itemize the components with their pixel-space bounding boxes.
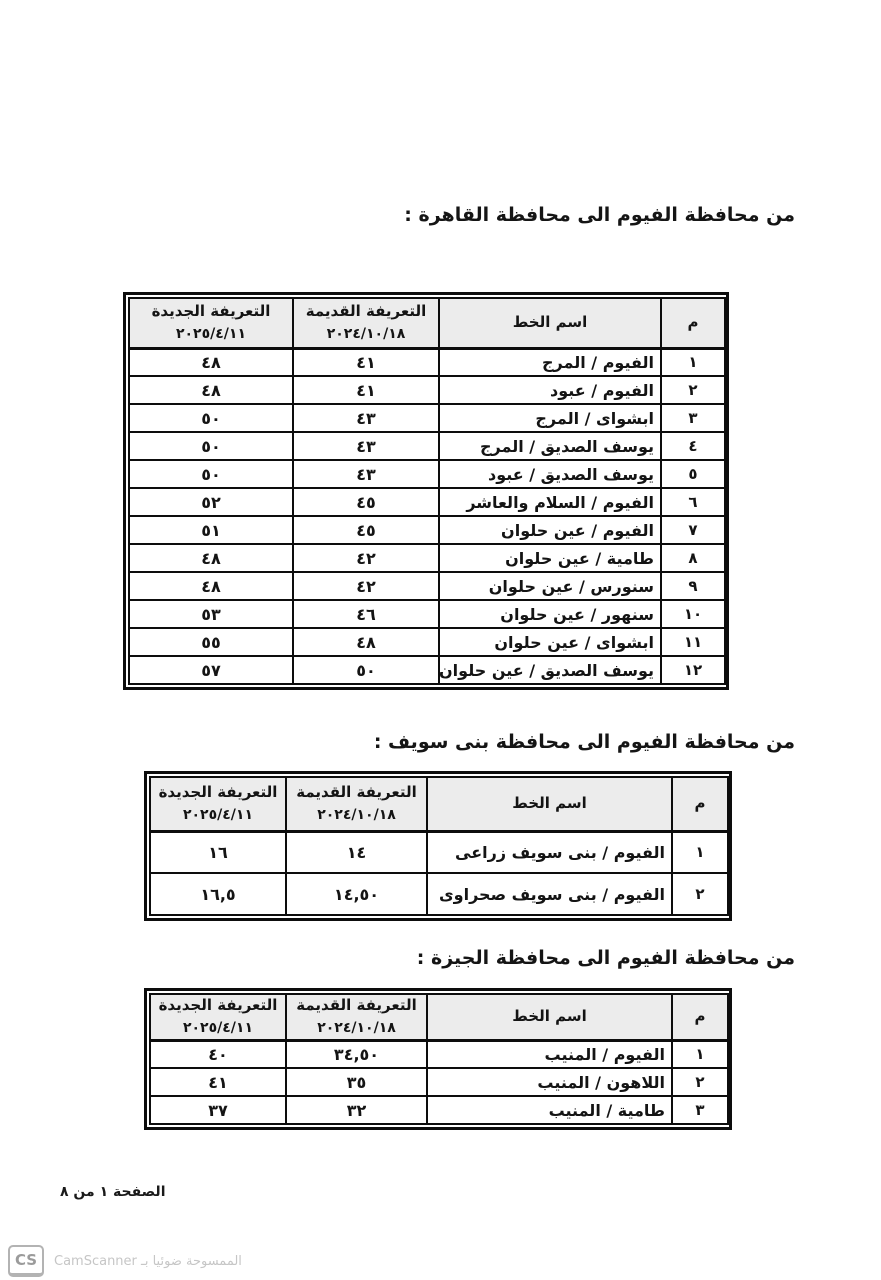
header-row: م اسم الخط التعريفة القديمة٢٠٢٤/١٠/١٨ ال… [129, 298, 725, 348]
cell-old: ٤١ [293, 348, 439, 376]
table-header: م اسم الخط التعريفة القديمة٢٠٢٤/١٠/١٨ ال… [150, 994, 728, 1040]
table-body: ١الفيوم / المنيب٣٤,٥٠٤٠٢اللاهون / المنيب… [150, 1040, 728, 1124]
cell-old: ٤٣ [293, 460, 439, 488]
cell-num: ١١ [661, 628, 725, 656]
cell-line: يوسف الصديق / عين حلوان [439, 656, 661, 684]
cell-line: الفيوم / عين حلوان [439, 516, 661, 544]
camscanner-watermark-label: الممسوحة ضوئيا بـ CamScanner [54, 1254, 242, 1269]
cell-new: ٥٠ [129, 404, 293, 432]
cell-new: ٤٠ [150, 1040, 286, 1068]
cell-num: ٢ [672, 1068, 728, 1096]
col-header-new-tariff: التعريفة الجديدة٢٠٢٥/٤/١١ [129, 298, 293, 348]
cell-new: ١٦ [150, 831, 286, 873]
cell-old: ٤٨ [293, 628, 439, 656]
old-tariff-label: التعريفة القديمة [296, 783, 416, 801]
table-row: ٥يوسف الصديق / عبود٤٣٥٠ [129, 460, 725, 488]
cell-new: ٤١ [150, 1068, 286, 1096]
tariff-table-giza: م اسم الخط التعريفة القديمة٢٠٢٤/١٠/١٨ ال… [149, 993, 729, 1125]
cell-old: ٤٦ [293, 600, 439, 628]
table-row: ١الفيوم / المرج٤١٤٨ [129, 348, 725, 376]
col-header-num: م [672, 994, 728, 1040]
table-row: ٢الفيوم / عبود٤١٤٨ [129, 376, 725, 404]
new-tariff-label: التعريفة الجديدة [152, 302, 271, 320]
tariff-table-giza-wrapper: م اسم الخط التعريفة القديمة٢٠٢٤/١٠/١٨ ال… [144, 988, 732, 1130]
table-body: ١الفيوم / المرج٤١٤٨٢الفيوم / عبود٤١٤٨٣اب… [129, 348, 725, 684]
cell-old: ٤١ [293, 376, 439, 404]
table-row: ٣طامية / المنيب٣٢٣٧ [150, 1096, 728, 1124]
new-tariff-date: ٢٠٢٥/٤/١١ [183, 807, 253, 823]
table-row: ١الفيوم / المنيب٣٤,٥٠٤٠ [150, 1040, 728, 1068]
section-title-fayoum-cairo: من محافظة الفيوم الى محافظة القاهرة : [404, 204, 795, 226]
table-row: ٤يوسف الصديق / المرج٤٣٥٠ [129, 432, 725, 460]
scanned-tariff-document-page: من محافظة الفيوم الى محافظة القاهرة : م … [0, 0, 881, 1280]
cell-new: ٤٨ [129, 544, 293, 572]
col-header-new-tariff: التعريفة الجديدة٢٠٢٥/٤/١١ [150, 777, 286, 831]
cell-num: ٣ [672, 1096, 728, 1124]
cell-line: يوسف الصديق / المرج [439, 432, 661, 460]
cell-num: ١٠ [661, 600, 725, 628]
cell-line: سنهور / عين حلوان [439, 600, 661, 628]
table-row: ١٢يوسف الصديق / عين حلوان٥٠٥٧ [129, 656, 725, 684]
cell-old: ٤٢ [293, 572, 439, 600]
table-row: ٨طامية / عين حلوان٤٢٤٨ [129, 544, 725, 572]
table-row: ٧الفيوم / عين حلوان٤٥٥١ [129, 516, 725, 544]
cell-num: ٩ [661, 572, 725, 600]
col-header-num: م [672, 777, 728, 831]
cell-num: ٣ [661, 404, 725, 432]
table-header: م اسم الخط التعريفة القديمة٢٠٢٤/١٠/١٨ ال… [150, 777, 728, 831]
cell-old: ٤٣ [293, 404, 439, 432]
table-row: ٩سنورس / عين حلوان٤٢٤٨ [129, 572, 725, 600]
cell-old: ١٤ [286, 831, 427, 873]
cell-line: طامية / عين حلوان [439, 544, 661, 572]
cell-new: ٣٧ [150, 1096, 286, 1124]
cell-new: ٥٧ [129, 656, 293, 684]
table-header: م اسم الخط التعريفة القديمة٢٠٢٤/١٠/١٨ ال… [129, 298, 725, 348]
cell-new: ٥١ [129, 516, 293, 544]
cell-line: ابشواى / عين حلوان [439, 628, 661, 656]
tariff-table-beni-suef: م اسم الخط التعريفة القديمة٢٠٢٤/١٠/١٨ ال… [149, 776, 729, 916]
cell-num: ١ [672, 831, 728, 873]
cell-num: ٢ [672, 873, 728, 915]
cell-new: ٥٠ [129, 432, 293, 460]
cell-num: ١ [672, 1040, 728, 1068]
camscanner-watermark: CS الممسوحة ضوئيا بـ CamScanner [8, 1245, 242, 1277]
cell-new: ١٦,٥ [150, 873, 286, 915]
section-title-fayoum-giza: من محافظة الفيوم الى محافظة الجيزة : [417, 947, 795, 969]
new-tariff-date: ٢٠٢٥/٤/١١ [183, 1020, 253, 1036]
cell-num: ٨ [661, 544, 725, 572]
cell-old: ٤٣ [293, 432, 439, 460]
table-row: ١الفيوم / بنى سويف زراعى١٤١٦ [150, 831, 728, 873]
cell-num: ٦ [661, 488, 725, 516]
col-header-old-tariff: التعريفة القديمة٢٠٢٤/١٠/١٨ [286, 994, 427, 1040]
page-number-footer: الصفحة ١ من ٨ [60, 1184, 166, 1200]
col-header-line-name: اسم الخط [439, 298, 661, 348]
table-row: ٣ابشواى / المرج٤٣٥٠ [129, 404, 725, 432]
cell-new: ٥٥ [129, 628, 293, 656]
new-tariff-label: التعريفة الجديدة [159, 996, 278, 1014]
col-header-old-tariff: التعريفة القديمة٢٠٢٤/١٠/١٨ [286, 777, 427, 831]
tariff-table-cairo: م اسم الخط التعريفة القديمة٢٠٢٤/١٠/١٨ ال… [128, 297, 726, 685]
cell-num: ٧ [661, 516, 725, 544]
cell-line: سنورس / عين حلوان [439, 572, 661, 600]
cell-line: طامية / المنيب [427, 1096, 672, 1124]
old-tariff-date: ٢٠٢٤/١٠/١٨ [327, 326, 406, 342]
camscanner-badge-icon: CS [8, 1245, 44, 1277]
table-row: ٢اللاهون / المنيب٣٥٤١ [150, 1068, 728, 1096]
cell-new: ٥٢ [129, 488, 293, 516]
table-row: ١١ابشواى / عين حلوان٤٨٥٥ [129, 628, 725, 656]
cell-num: ١ [661, 348, 725, 376]
cell-new: ٤٨ [129, 572, 293, 600]
cell-old: ٤٥ [293, 488, 439, 516]
cell-old: ٤٢ [293, 544, 439, 572]
old-tariff-label: التعريفة القديمة [296, 996, 416, 1014]
old-tariff-date: ٢٠٢٤/١٠/١٨ [317, 807, 396, 823]
cell-line: الفيوم / بنى سويف زراعى [427, 831, 672, 873]
cell-num: ٥ [661, 460, 725, 488]
tariff-table-cairo-wrapper: م اسم الخط التعريفة القديمة٢٠٢٤/١٠/١٨ ال… [123, 292, 729, 690]
cell-line: اللاهون / المنيب [427, 1068, 672, 1096]
cell-new: ٥٠ [129, 460, 293, 488]
col-header-new-tariff: التعريفة الجديدة٢٠٢٥/٤/١١ [150, 994, 286, 1040]
col-header-num: م [661, 298, 725, 348]
table-row: ٦الفيوم / السلام والعاشر٤٥٥٢ [129, 488, 725, 516]
cell-old: ٥٠ [293, 656, 439, 684]
new-tariff-label: التعريفة الجديدة [159, 783, 278, 801]
cell-new: ٤٨ [129, 348, 293, 376]
cell-line: الفيوم / المرج [439, 348, 661, 376]
cell-num: ٤ [661, 432, 725, 460]
cell-old: ١٤,٥٠ [286, 873, 427, 915]
cell-num: ٢ [661, 376, 725, 404]
cell-new: ٤٨ [129, 376, 293, 404]
header-row: م اسم الخط التعريفة القديمة٢٠٢٤/١٠/١٨ ال… [150, 777, 728, 831]
col-header-line-name: اسم الخط [427, 994, 672, 1040]
cell-line: الفيوم / السلام والعاشر [439, 488, 661, 516]
section-title-fayoum-beni-suef: من محافظة الفيوم الى محافظة بنى سويف : [374, 731, 795, 753]
cell-num: ١٢ [661, 656, 725, 684]
table-body: ١الفيوم / بنى سويف زراعى١٤١٦٢الفيوم / بن… [150, 831, 728, 915]
col-header-old-tariff: التعريفة القديمة٢٠٢٤/١٠/١٨ [293, 298, 439, 348]
cell-new: ٥٣ [129, 600, 293, 628]
cell-old: ٤٥ [293, 516, 439, 544]
old-tariff-date: ٢٠٢٤/١٠/١٨ [317, 1020, 396, 1036]
cell-line: يوسف الصديق / عبود [439, 460, 661, 488]
cell-line: الفيوم / بنى سويف صحراوى [427, 873, 672, 915]
cell-old: ٣٥ [286, 1068, 427, 1096]
cell-old: ٣٢ [286, 1096, 427, 1124]
old-tariff-label: التعريفة القديمة [306, 302, 426, 320]
cell-line: الفيوم / عبود [439, 376, 661, 404]
table-row: ٢الفيوم / بنى سويف صحراوى١٤,٥٠١٦,٥ [150, 873, 728, 915]
cell-line: الفيوم / المنيب [427, 1040, 672, 1068]
table-row: ١٠سنهور / عين حلوان٤٦٥٣ [129, 600, 725, 628]
col-header-line-name: اسم الخط [427, 777, 672, 831]
new-tariff-date: ٢٠٢٥/٤/١١ [176, 326, 246, 342]
header-row: م اسم الخط التعريفة القديمة٢٠٢٤/١٠/١٨ ال… [150, 994, 728, 1040]
cell-old: ٣٤,٥٠ [286, 1040, 427, 1068]
tariff-table-beni-suef-wrapper: م اسم الخط التعريفة القديمة٢٠٢٤/١٠/١٨ ال… [144, 771, 732, 921]
cell-line: ابشواى / المرج [439, 404, 661, 432]
